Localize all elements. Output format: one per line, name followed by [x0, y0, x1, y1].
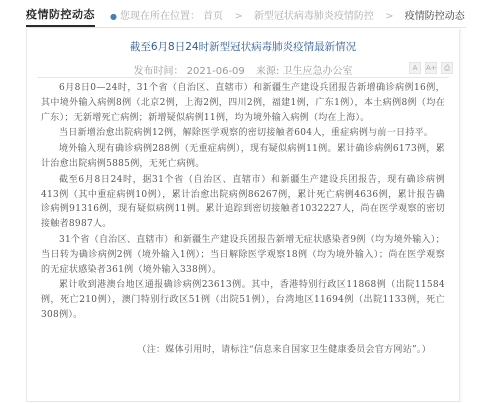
article-body: 6月8日0—24时，31个省（自治区、直辖市）和新疆生产建设兵团报告新增确诊病例… [41, 81, 445, 359]
breadcrumb-separator: > [385, 11, 393, 22]
page-header: 疫情防控动态 ●您现在所在位置： 首页 > 新型冠状病毒肺炎疫情防控 > 疫情防… [0, 0, 499, 28]
breadcrumb-current: 疫情防控动态 [405, 11, 465, 22]
font-increase-icon[interactable]: A+ [425, 62, 437, 74]
paragraph: 境外输入现有确诊病例288例（无重症病例），现有疑似病例11例。累计确诊病例61… [41, 142, 445, 172]
article-title: 截至6月8日24时新型冠状病毒肺炎疫情最新情况 [27, 39, 459, 54]
divider [26, 27, 466, 28]
article-meta: 发布时间： 2021-06-09 来源: 卫生应急办公室 [27, 62, 459, 77]
breadcrumb-home[interactable]: 首页 [203, 11, 223, 22]
article-card: 截至6月8日24时新型冠状病毒肺炎疫情最新情况 发布时间： 2021-06-09… [26, 29, 460, 402]
print-icon[interactable]: ⎙ [441, 62, 453, 74]
publish-date: 2021-06-09 [187, 66, 245, 77]
section-title: 疫情防控动态 [26, 6, 95, 27]
breadcrumb-separator: > [234, 11, 242, 22]
breadcrumb-prefix: 您现在所在位置： [120, 11, 200, 22]
source-label: 来源: [256, 66, 279, 77]
paragraph: 6月8日0—24时，31个省（自治区、直辖市）和新疆生产建设兵团报告新增确诊病例… [41, 81, 445, 125]
article-tools: A A+ ⎙ [409, 62, 453, 74]
paragraph: 当日新增治愈出院病例12例，解除医学观察的密切接触者604人，重症病例与前一日持… [41, 126, 445, 141]
paragraph: 截至6月8日24时，据31个省（自治区、直辖市）和新疆生产建设兵团报告，现有确诊… [41, 173, 445, 232]
source-value: 卫生应急办公室 [283, 66, 353, 77]
location-pin-icon: ● [110, 12, 117, 21]
breadcrumb-covid-control[interactable]: 新型冠状病毒肺炎疫情防控 [254, 11, 374, 22]
paragraph: 累计收到港澳台地区通报确诊病例23613例。其中，香港特别行政区11868例（出… [41, 278, 445, 322]
breadcrumb: ●您现在所在位置： 首页 > 新型冠状病毒肺炎疫情防控 > 疫情防控动态 [110, 7, 465, 22]
font-decrease-icon[interactable]: A [409, 62, 421, 74]
citation-note: （注：媒体引用时，请标注“信息来自国家卫生健康委员会官方网站”。） [41, 343, 445, 358]
paragraph: 31个省（自治区、直辖市）和新疆生产建设兵团报告新增无症状感染者9例（均为境外输… [41, 233, 445, 277]
divider [37, 77, 449, 78]
publish-label: 发布时间： [133, 66, 183, 77]
